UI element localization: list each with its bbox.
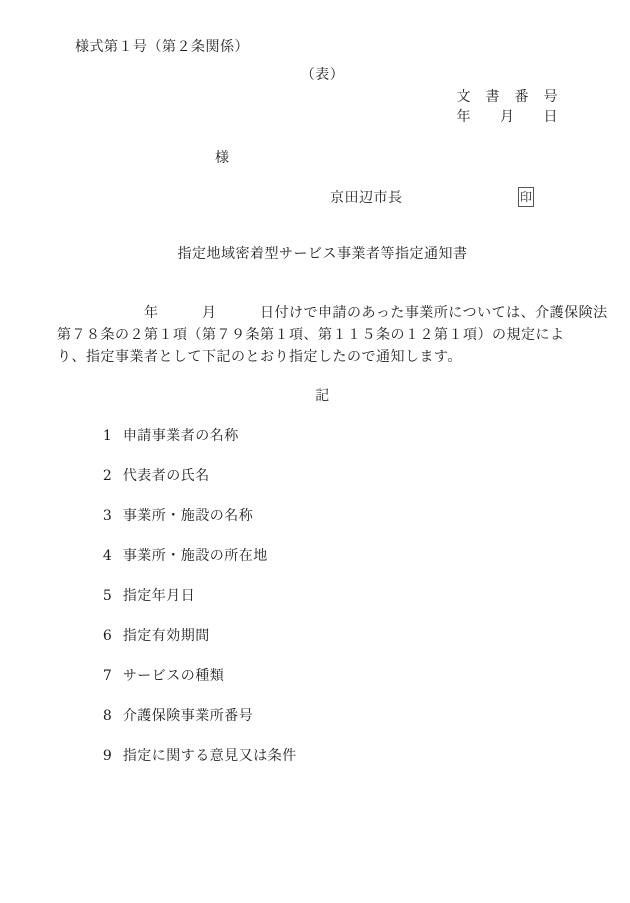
addressee-honorific: 様 (215, 150, 230, 166)
list-item-number: 8 (103, 708, 123, 724)
list-item-label: 事業所・施設の所在地 (123, 548, 268, 564)
list-item-number: 5 (103, 588, 123, 604)
list-item: 9指定に関する意見又は条件 (83, 732, 297, 780)
list-item-label: 事業所・施設の名称 (123, 508, 254, 524)
list-item-label: 申請事業者の名称 (123, 428, 239, 444)
seal-mark: 印 (518, 187, 534, 207)
side-label: （表） (57, 67, 588, 83)
sender-title: 京田辺市長 (330, 190, 403, 206)
list-item-label: サービスの種類 (123, 668, 225, 684)
list-item-number: 2 (103, 468, 123, 484)
list-item-number: 3 (103, 508, 123, 524)
list-item-number: 6 (103, 628, 123, 644)
list-item-label: 指定有効期間 (123, 628, 210, 644)
document-number-label: 文 書 番 号 (457, 89, 559, 105)
list-heading: 記 (57, 388, 588, 404)
list-item-label: 代表者の氏名 (123, 468, 210, 484)
document-title: 指定地域密着型サービス事業者等指定通知書 (57, 246, 588, 262)
body-paragraph-line: 第７８条の２第１項（第７９条第１項、第１１５条の１２第１項）の規定によ (57, 327, 565, 343)
list-item-number: 9 (103, 748, 123, 764)
list-item-label: 指定に関する意見又は条件 (123, 748, 297, 764)
body-paragraph-line: り、指定事業者として下記のとおり指定したので通知します。 (57, 349, 462, 365)
date-placeholder: 年 月 日 (457, 109, 559, 125)
document-page: 様式第１号（第２条関係） （表） 文 書 番 号 年 月 日 様 京田辺市長 印… (0, 0, 630, 903)
list-item-number: 4 (103, 548, 123, 564)
list-item-number: 7 (103, 668, 123, 684)
list-item-label: 介護保険事業所番号 (123, 708, 254, 724)
list-item-number: 1 (103, 428, 123, 444)
form-number: 様式第１号（第２条関係） (75, 39, 249, 55)
list-item-label: 指定年月日 (123, 588, 196, 604)
body-paragraph-line: 年 月 日付けで申請のあった事業所については、介護保険法 (57, 305, 608, 321)
